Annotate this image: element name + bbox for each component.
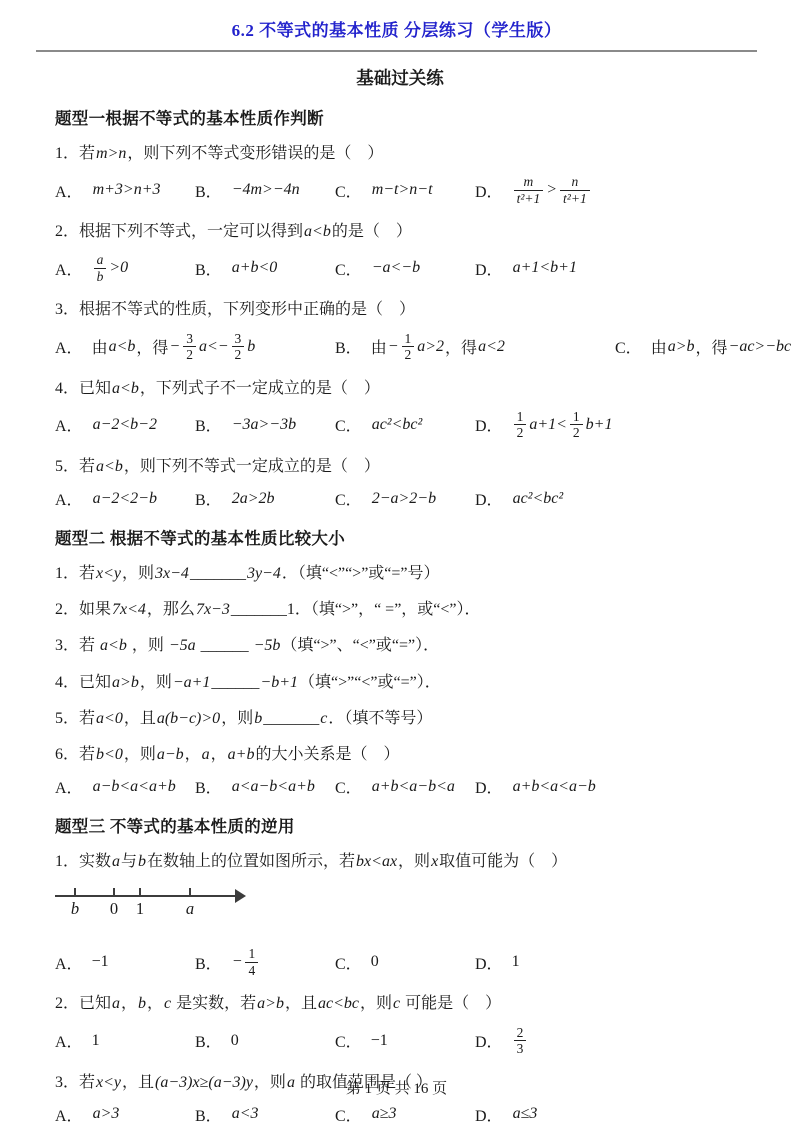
plain-text: 可能是（ ） [401,995,501,1012]
option-label: C． [335,1103,362,1122]
plain-text: ， [121,995,137,1012]
question-line: 2．已知a，b，c 是实数，若a>b，且ac<bc，则c 可能是（ ） [55,992,745,1015]
option: D．23 [475,1025,528,1057]
options-row: A．a>3B．a<3C．a≥3D．a≤3 [55,1103,745,1122]
plain-text: 1．实数 [55,853,111,870]
header-rule [36,50,757,52]
math-text: 3y−4 [246,565,282,582]
option-label: C． [335,413,362,436]
option: C．ac²<bc² [335,413,475,436]
option: B．0 [195,1029,335,1052]
math-text: 7x−3 [195,601,231,618]
question-line: 1．若m>n，则下列不等式变形错误的是（ ） [55,142,745,165]
fraction: mt²+1 [514,174,544,206]
math-text: b<0 [95,746,124,763]
math-text: b [253,710,263,727]
option-label: A． [55,413,83,436]
fraction-numerator: 1 [514,409,527,425]
plain-text: ，则 [140,674,172,691]
numberline-arrow-icon [235,889,246,903]
option-label: A． [55,179,83,202]
question-line: 3．若 a<b ，则 −5a ______ −5b（填“>”、“<”或“=”）． [55,634,745,657]
math-text: −5b [253,637,282,654]
plain-text: 与 [121,853,137,870]
plain-text: 由 [651,335,667,358]
plain-text: _______ [190,565,246,582]
math-text: a+b [227,746,256,763]
option: A．a>3 [55,1103,195,1122]
fraction-denominator: 2 [232,346,245,363]
fraction: 32 [183,331,196,363]
numberline-tick [139,888,141,896]
math-text: a [111,995,121,1012]
math-text: a<b [99,637,128,654]
option: A．−1 [55,951,195,974]
plain-text: ，则 [360,995,392,1012]
option: D．1 [475,951,520,974]
fraction: ab [94,252,107,284]
option: B．−3a>−3b [195,413,335,436]
option: B．a+b<0 [195,257,335,280]
option-label: D． [475,1103,503,1122]
numberline-axis [55,895,237,897]
plain-text: ，则 [128,637,168,654]
math-text: bx<ax [355,853,398,870]
math-text: c [319,710,328,727]
math-text: − [387,338,400,356]
plain-text: ，那么 [147,601,195,618]
option: B．a<3 [195,1103,335,1122]
option-label: B． [195,179,222,202]
math-text: x [430,853,439,870]
math-text: a≤3 [512,1105,539,1122]
math-text: a<b [111,380,140,397]
math-text: −3a>−3b [231,416,297,434]
math-text: −a<−b [371,259,421,277]
math-text: −ac>−bc [728,338,793,356]
numberline-label: a [180,899,200,919]
options-row: A．a−2<b−2B．−3a>−3bC．ac²<bc²D．12a+1<12b+1 [55,409,745,441]
option-label: D． [475,413,503,436]
option: A．a−b<a<a+b [55,775,195,798]
question-line: 2．根据下列不等式，一定可以得到a<b的是（ ） [55,220,745,243]
plain-text: ．（填“<”“>”或“=”号） [282,565,440,582]
plain-text: 的是（ ） [332,223,412,240]
option: A．m+3>n+3 [55,179,195,202]
math-text: a>b [667,338,696,356]
fraction-denominator: t²+1 [514,190,544,207]
fraction: nt²+1 [560,174,590,206]
plain-text: 5．若 [55,710,95,727]
math-text: b+1 [585,416,614,434]
numberline-tick [189,888,191,896]
option-label: A． [55,951,83,974]
numberline-label: 1 [130,899,150,919]
math-text: a>2 [416,338,445,356]
plain-text: _______1．（填“>”，“ =”，或“<”）． [231,601,481,618]
option-label: B． [195,413,222,436]
option-label: D． [475,1029,503,1052]
fraction-numerator: 1 [402,331,415,347]
math-text: −b+1 [259,674,299,691]
option: C．−a<−b [335,257,475,280]
page: 6.2 不等式的基本性质 分层练习（学生版） 基础过关练题型一根据不等式的基本性… [0,0,793,1122]
option-label: D． [475,951,503,974]
fraction-numerator: n [568,174,581,190]
option: C．a+b<a−b<a [335,775,475,798]
options-row: A．a−2<2−bB．2a>2bC．2−a>2−bD．ac²<bc² [55,487,745,510]
plain-text: ，且 [285,995,317,1012]
math-text: a<− [198,338,230,356]
math-text: 2−a>2−b [371,490,437,508]
math-text: − [231,953,244,971]
math-text: ac²<bc² [512,490,565,508]
plain-text: 的大小关系是（ ） [255,746,399,763]
plain-text: ，得 [445,335,477,358]
math-text: 3x−4 [154,565,190,582]
math-text: a>b [111,674,140,691]
math-text: c [163,995,172,1012]
plain-text: 0 [371,953,379,971]
plain-text: ，且 [124,710,156,727]
math-text: a [111,853,121,870]
plain-text: 由 [92,335,108,358]
plain-text: ，则 [122,565,154,582]
fraction-denominator: 2 [514,424,527,441]
numberline-tick [74,888,76,896]
plain-text: 是实数，若 [172,995,256,1012]
option-label: D． [475,257,503,280]
option-label: C． [615,335,642,358]
option-label: A． [55,1029,83,1052]
options-row: A．a−b<a<a+bB．a<a−b<a+bC．a+b<a−b<aD．a+b<a… [55,775,745,798]
option: B．−4m>−4n [195,179,335,202]
math-text: a−2<2−b [92,490,158,508]
section-title: 基础过关练 [55,65,745,90]
plain-text: ，得 [696,335,728,358]
math-text: −5a [168,637,197,654]
option-label: A． [55,257,83,280]
plain-text: ， [211,746,227,763]
fraction: 12 [402,331,415,363]
math-text: a+1< [528,416,568,434]
math-text: a≥3 [371,1105,398,1122]
option-label: A． [55,775,83,798]
plain-text: 1 [512,953,520,971]
fraction-numerator: 1 [245,946,258,962]
fraction: 12 [570,409,583,441]
plain-text: _______ [263,710,319,727]
fraction: 23 [514,1025,527,1057]
fraction-numerator: a [94,252,107,268]
math-text: a<b [303,223,332,240]
option: A．a−2<2−b [55,487,195,510]
option-label: A． [55,487,83,510]
math-text: a−b [156,746,185,763]
plain-text: 取值可能为（ ） [439,853,567,870]
plain-text: ，得 [136,335,168,358]
fraction-numerator: 3 [232,331,245,347]
option: A．1 [55,1029,195,1052]
option-label: B． [195,951,222,974]
fraction-numerator: m [521,174,537,190]
numberline-label: 0 [104,899,124,919]
option: D．a≤3 [475,1103,538,1122]
plain-text: ，则下列不等式变形错误的是（ ） [127,145,383,162]
fraction: 32 [232,331,245,363]
options-row: A．−1B．−14C．0D．1 [55,946,745,978]
document-body: 基础过关练题型一根据不等式的基本性质作判断1．若m>n，则下列不等式变形错误的是… [0,65,793,1122]
math-text: −4m>−4n [231,181,301,199]
plain-text: 1．若 [55,565,95,582]
fraction-denominator: 3 [514,1040,527,1057]
option: C．m−t>n−t [335,179,475,202]
option-label: D． [475,179,503,202]
question-line: 4．已知a>b，则−a+1______−b+1（填“>”“<”或“=”）． [55,671,745,694]
option-label: C． [335,775,362,798]
math-text: ac<bc [317,995,360,1012]
math-text: >0 [108,259,129,277]
math-text: a<3 [231,1105,260,1122]
option: D．a+b<a<a−b [475,775,597,798]
option: C．由a>b，得−ac>−bc [615,335,793,358]
option-label: B． [195,1029,222,1052]
math-text: a>b [256,995,285,1012]
option: D．ac²<bc² [475,487,564,510]
plain-text: 3．根据不等式的性质，下列变形中正确的是（ ） [55,301,415,318]
math-text: − [168,338,181,356]
option-label: A． [55,335,83,358]
plain-text: ，则 [398,853,430,870]
question-line: 5．若a<0，且a(b−c)>0，则b_______c．（填不等号） [55,707,745,730]
option: C．−1 [335,1029,475,1052]
plain-text: ，下列式子不一定成立的是（ ） [140,380,380,397]
option-label: B． [195,1103,222,1122]
option-label: C． [335,951,362,974]
option: D．12a+1<12b+1 [475,409,613,441]
math-text: a−2<b−2 [92,416,158,434]
options-row: A．1B．0C．−1D．23 [55,1025,745,1057]
plain-text: （填“>”、“<”或“=”）． [281,637,439,654]
plain-text: 2．根据下列不等式，一定可以得到 [55,223,303,240]
math-text: a<a−b<a+b [231,778,316,796]
math-text: 2a>2b [231,490,276,508]
fraction-numerator: 3 [183,331,196,347]
fraction-denominator: 2 [402,346,415,363]
option: B．由−12a>2，得a<2 [335,331,615,363]
plain-text: 2．已知 [55,995,111,1012]
math-text: m+3>n+3 [92,181,162,199]
fraction-denominator: b [94,268,107,285]
plain-text: ， [147,995,163,1012]
plain-text: 6．若 [55,746,95,763]
option-label: D． [475,487,503,510]
fraction-denominator: 2 [570,424,583,441]
plain-text: ，则下列不等式一定成立的是（ ） [124,458,380,475]
page-footer: 第 1 页 共 16 页 [0,1077,793,1098]
options-row: A．m+3>n+3B．−4m>−4nC．m−t>n−tD．mt²+1>nt²+1 [55,174,745,206]
plain-text: 1 [92,1032,100,1050]
options-row: A．由a<b，得−32a<−32bB．由−12a>2，得a<2C．由a>b，得−… [55,331,745,363]
fraction-numerator: 1 [570,409,583,425]
option-label: B． [195,257,222,280]
math-text: m−t>n−t [371,181,434,199]
option: C．0 [335,951,475,974]
plain-text: 4．已知 [55,380,111,397]
fraction: 12 [514,409,527,441]
option-label: B． [195,775,222,798]
question-line: 3．根据不等式的性质，下列变形中正确的是（ ） [55,298,745,321]
question-line: 5．若a<b，则下列不等式一定成立的是（ ） [55,455,745,478]
option: B．2a>2b [195,487,335,510]
math-text: a<b [108,338,137,356]
math-text: 7x<4 [111,601,147,618]
fraction-denominator: t²+1 [560,190,590,207]
math-text: a−b<a<a+b [92,778,177,796]
math-text: > [545,181,558,199]
math-text: b [137,995,147,1012]
topic-heading: 题型二 根据不等式的基本性质比较大小 [55,525,745,549]
question-line: 6．若b<0，则a−b，a，a+b的大小关系是（ ） [55,743,745,766]
option-label: C． [335,257,362,280]
fraction: 14 [245,946,258,978]
fraction-denominator: 2 [183,346,196,363]
option-label: C． [335,179,362,202]
plain-text: 4．已知 [55,674,111,691]
option: A．ab>0 [55,252,195,284]
math-text: m>n [95,145,127,162]
math-text: x<y [95,565,122,582]
math-text: a+1<b+1 [512,259,578,277]
numberline-figure: b01a [55,882,315,936]
plain-text: （填“>”“<”或“=”）． [299,674,441,691]
math-text: b [246,338,256,356]
math-text: a [201,746,211,763]
question-line: 1．实数a与b在数轴上的位置如图所示，若bx<ax，则x取值可能为（ ） [55,850,745,873]
option-label: C． [335,487,362,510]
option: A．a−2<b−2 [55,413,195,436]
numberline-label: b [65,899,85,919]
option-label: D． [475,775,503,798]
math-text: a<2 [477,338,506,356]
question-line: 4．已知a<b，下列式子不一定成立的是（ ） [55,377,745,400]
plain-text: ．（填不等号） [328,710,432,727]
plain-text: ，则 [124,746,156,763]
option-label: B． [195,487,222,510]
plain-text: 1．若 [55,145,95,162]
option: B．−14 [195,946,335,978]
option: D．a+1<b+1 [475,257,578,280]
option: C．a≥3 [335,1103,475,1122]
option: C．2−a>2−b [335,487,475,510]
math-text: a+b<0 [231,259,279,277]
question-line: 2．如果7x<4，那么7x−3_______1．（填“>”，“ =”，或“<”）… [55,598,745,621]
option: A．由a<b，得−32a<−32b [55,331,335,363]
plain-text: 5．若 [55,458,95,475]
plain-text: −1 [371,1032,388,1050]
math-text: b [137,853,147,870]
numberline-tick [113,888,115,896]
plain-text: ______ [211,674,259,691]
math-text: a<b [95,458,124,475]
plain-text: 在数轴上的位置如图所示，若 [147,853,355,870]
plain-text: 0 [231,1032,239,1050]
options-row: A．ab>0B．a+b<0C．−a<−bD．a+1<b+1 [55,252,745,284]
topic-heading: 题型三 不等式的基本性质的逆用 [55,813,745,837]
plain-text: ，则 [221,710,253,727]
fraction-numerator: 2 [514,1025,527,1041]
plain-text: −1 [92,953,109,971]
topic-heading: 题型一根据不等式的基本性质作判断 [55,105,745,129]
plain-text: 2．如果 [55,601,111,618]
plain-text: 3．若 [55,637,99,654]
fraction-denominator: 4 [245,962,258,979]
math-text: a+b<a−b<a [371,778,456,796]
math-text: c [392,995,401,1012]
option: D．mt²+1>nt²+1 [475,174,592,206]
math-text: −a+1 [172,674,212,691]
plain-text: ， [185,746,201,763]
page-title: 6.2 不等式的基本性质 分层练习（学生版） [0,0,793,41]
question-line: 1．若x<y，则3x−4_______3y−4．（填“<”“>”或“=”号） [55,562,745,585]
math-text: a+b<a<a−b [512,778,597,796]
plain-text: ______ [197,637,253,654]
option-label: A． [55,1103,83,1122]
math-text: a<0 [95,710,124,727]
option: B．a<a−b<a+b [195,775,335,798]
math-text: a(b−c)>0 [156,710,221,727]
option-label: B． [335,335,362,358]
option-label: C． [335,1029,362,1052]
plain-text: 由 [371,335,387,358]
math-text: a>3 [92,1105,121,1122]
math-text: ac²<bc² [371,416,424,434]
